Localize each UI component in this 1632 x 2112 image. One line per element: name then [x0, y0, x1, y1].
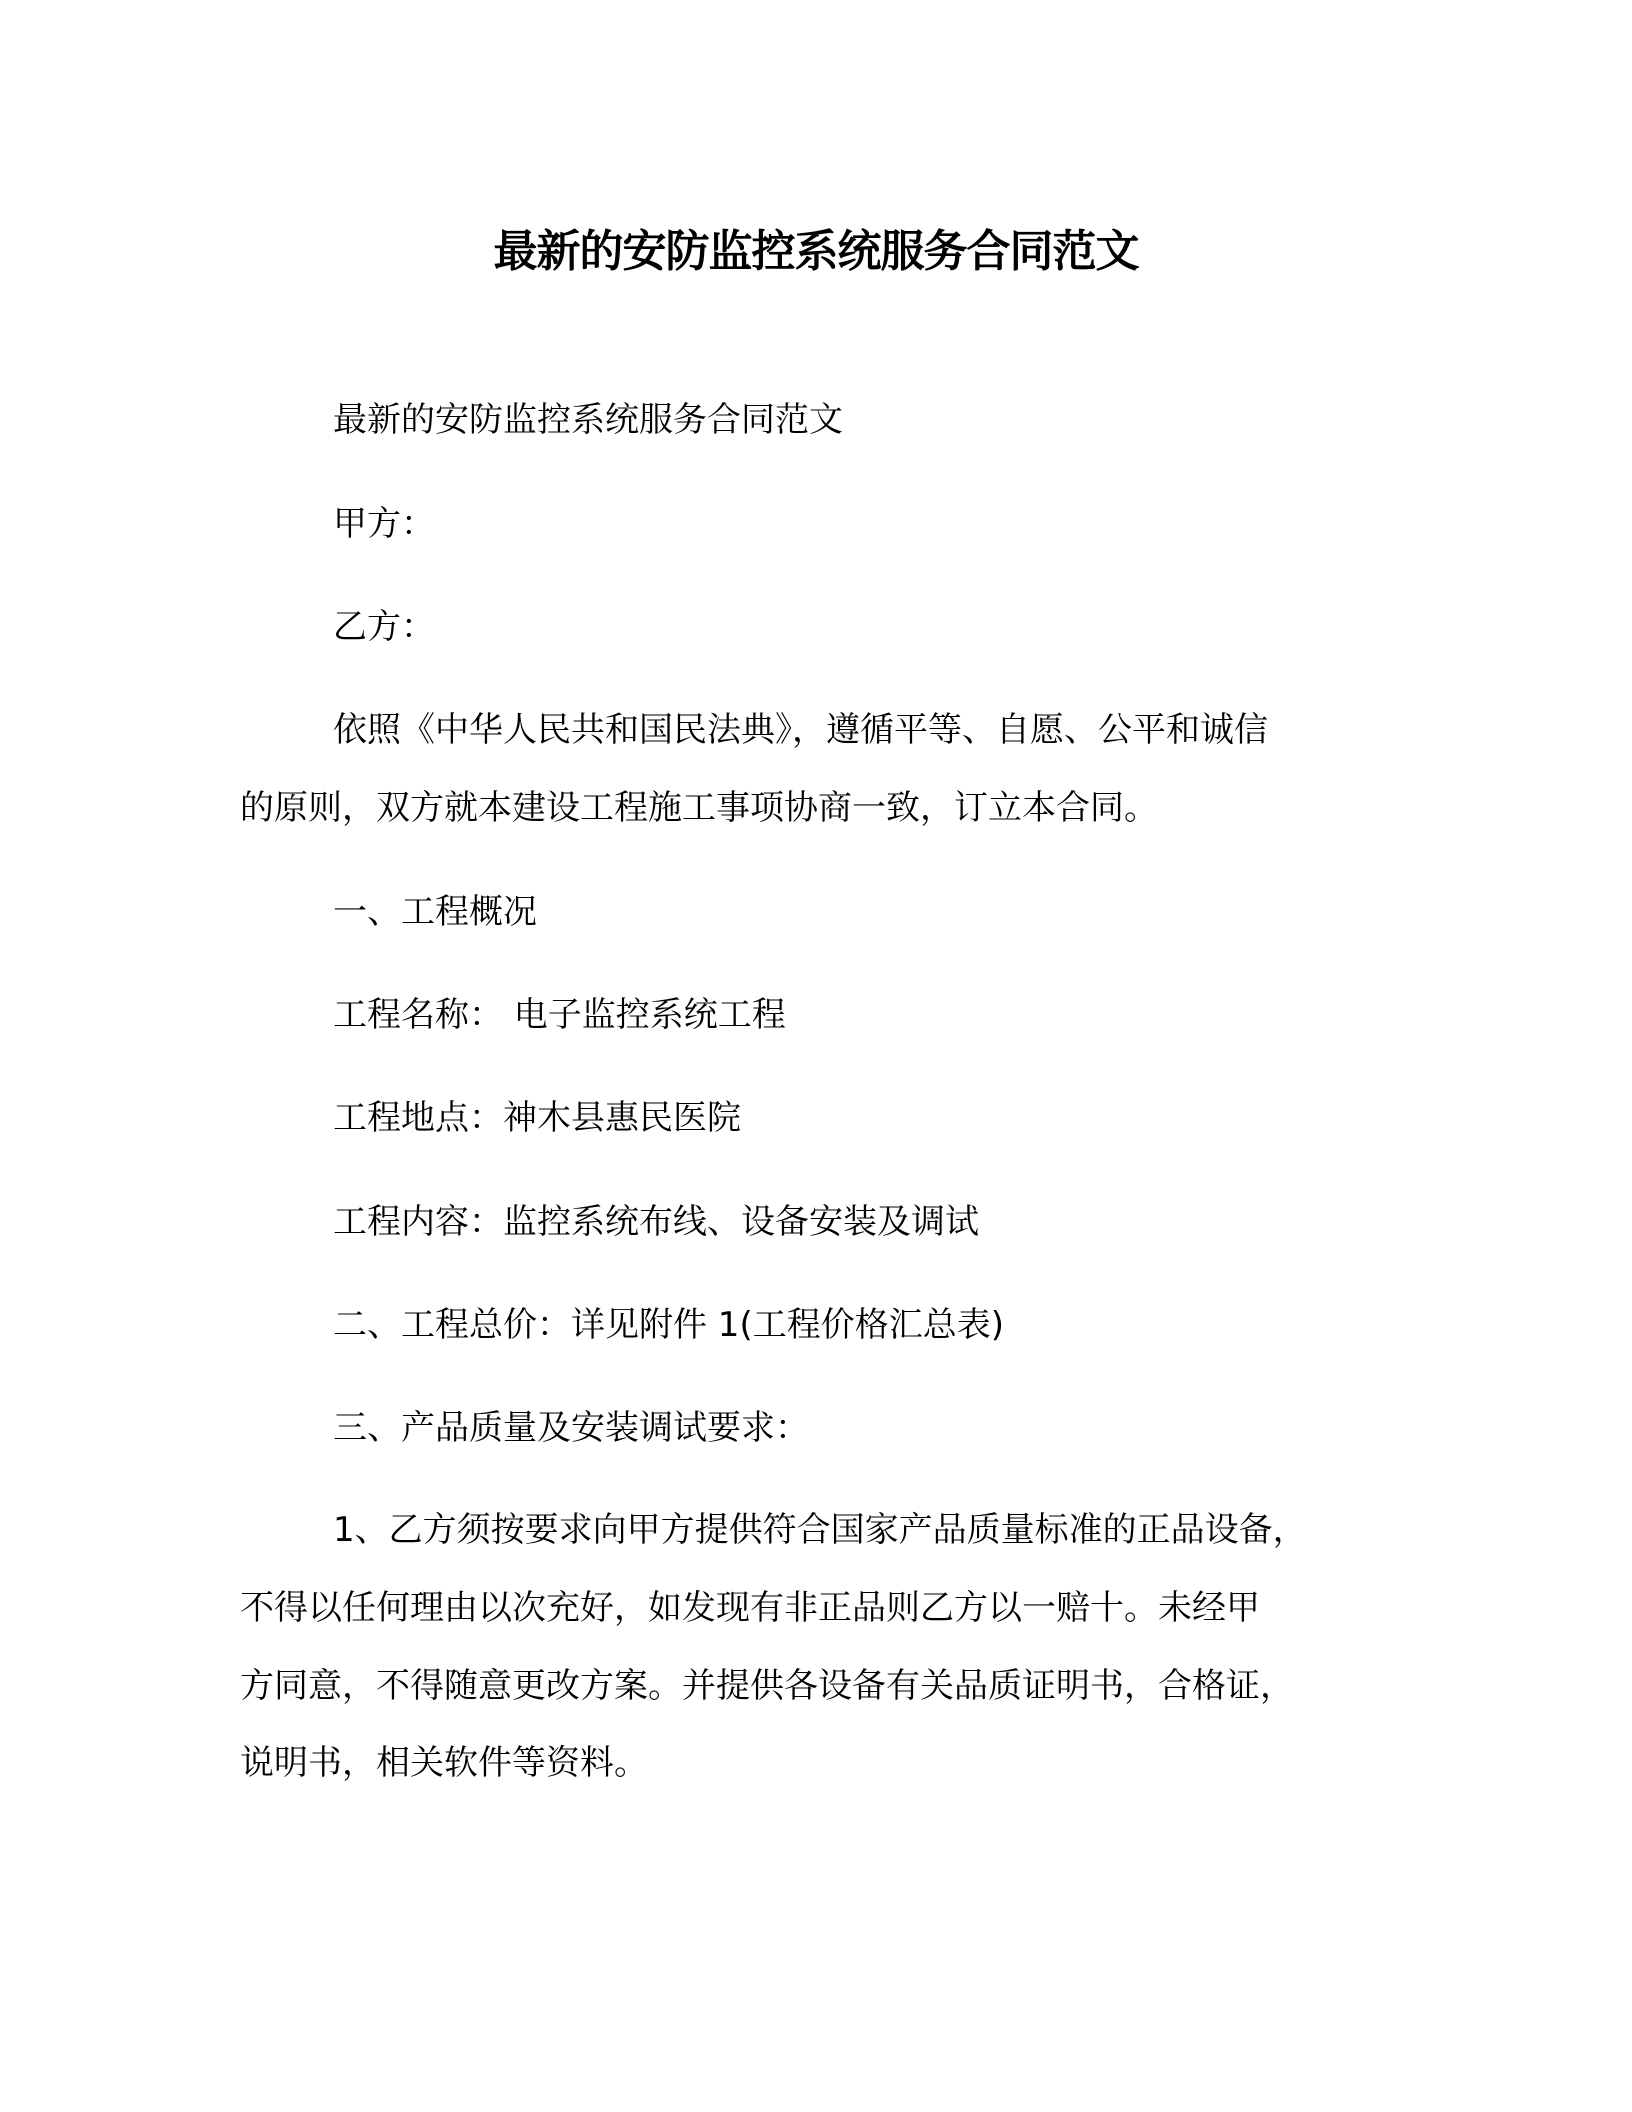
clause-1-line-4: 说明书，相关软件等资料。	[240, 1739, 648, 1787]
preamble-line-2: 的原则，双方就本建设工程施工事项协商一致，订立本合同。	[240, 784, 1158, 832]
preamble-line-1: 依照《中华人民共和国民法典》，遵循平等、自愿、公平和诚信	[333, 706, 1268, 754]
document-title: 最新的安防监控系统服务合同范文	[0, 222, 1632, 282]
project-content-line: 工程内容：监控系统布线、设备安装及调试	[333, 1198, 979, 1246]
clause-1-line-3: 方同意，不得随意更改方案。并提供各设备有关品质证明书，合格证，	[240, 1662, 1294, 1710]
section-2-heading: 二、工程总价：详见附件 1(工程价格汇总表)	[333, 1301, 1004, 1349]
section-3-heading: 三、产品质量及安装调试要求：	[333, 1404, 809, 1452]
clause-1-line-2: 不得以任何理由以次充好，如发现有非正品则乙方以一赔十。未经甲	[240, 1584, 1260, 1632]
subtitle-line: 最新的安防监控系统服务合同范文	[333, 396, 843, 444]
section-1-heading: 一、工程概况	[333, 888, 537, 936]
party-a-label: 甲方：	[333, 500, 435, 548]
document-page: 最新的安防监控系统服务合同范文 最新的安防监控系统服务合同范文 甲方： 乙方： …	[0, 0, 1632, 2112]
project-location-line: 工程地点：神木县惠民医院	[333, 1094, 741, 1142]
project-name-line: 工程名称： 电子监控系统工程	[333, 991, 786, 1039]
clause-1-line-1: 1、乙方须按要求向甲方提供符合国家产品质量标准的正品设备，	[333, 1506, 1307, 1554]
party-b-label: 乙方：	[333, 603, 435, 651]
